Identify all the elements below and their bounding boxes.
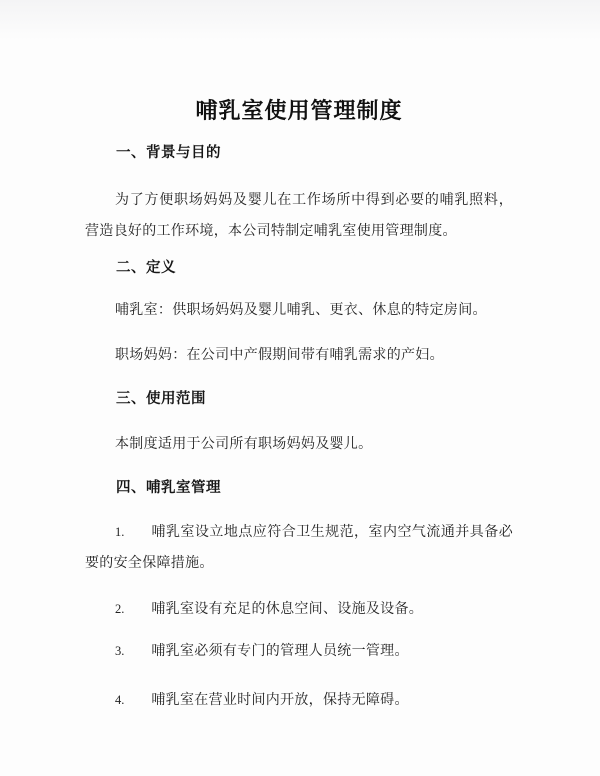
list-item-3-number: 3. [115, 644, 124, 658]
list-item-4-number: 4. [115, 693, 124, 707]
list-item-4: 4.哺乳室在营业时间内开放，保持无障碍。 [85, 685, 513, 716]
section-heading-scope: 三、使用范围 [85, 389, 513, 410]
paragraph-definition-working-mother: 职场妈妈：在公司中产假期间带有哺乳需求的产妇。 [85, 340, 513, 371]
paragraph-purpose: 为了方便职场妈妈及婴儿在工作场所中得到必要的哺乳照料，营造良好的工作环境，本公司… [85, 185, 513, 247]
list-item-4-text: 哺乳室在营业时间内开放，保持无障碍。 [151, 693, 408, 708]
section-heading-background-purpose: 一、背景与目的 [85, 143, 513, 164]
paragraph-definition-nursing-room: 哺乳室：供职场妈妈及婴儿哺乳、更衣、休息的特定房间。 [85, 295, 513, 326]
list-item-3-text: 哺乳室必须有专门的管理人员统一管理。 [151, 644, 408, 659]
list-item-3: 3.哺乳室必须有专门的管理人员统一管理。 [85, 636, 513, 667]
list-item-1: 1.哺乳室设立地点应符合卫生规范，室内空气流通并具备必要的安全保障措施。 [85, 517, 513, 579]
list-item-2: 2.哺乳室设有充足的休息空间、设施及设备。 [85, 594, 513, 625]
document-title: 哺乳室使用管理制度 [85, 0, 513, 126]
list-item-2-text: 哺乳室设有充足的休息空间、设施及设备。 [151, 602, 423, 617]
list-item-2-number: 2. [115, 602, 124, 616]
document-page: 哺乳室使用管理制度 一、背景与目的 为了方便职场妈妈及婴儿在工作场所中得到必要的… [0, 0, 600, 776]
section-heading-definitions: 二、定义 [85, 258, 513, 279]
paragraph-scope: 本制度适用于公司所有职场妈妈及婴儿。 [85, 429, 513, 460]
list-item-1-text: 哺乳室设立地点应符合卫生规范，室内空气流通并具备必要的安全保障措施。 [85, 525, 513, 571]
section-heading-management: 四、哺乳室管理 [85, 478, 513, 499]
list-item-1-number: 1. [115, 525, 124, 539]
